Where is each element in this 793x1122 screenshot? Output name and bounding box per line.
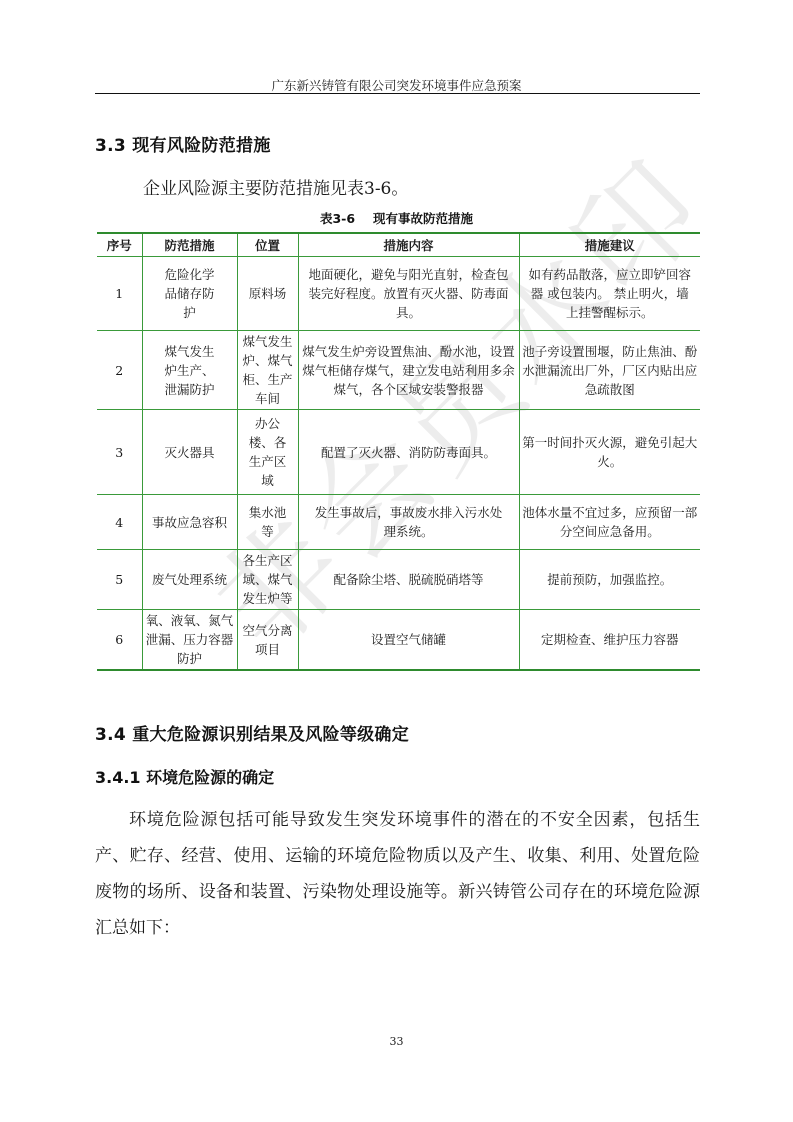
cell-suggestion: 如有药品散落，应立即铲回容器 或包装内。 禁止明火，墙上挂警醒标示。 <box>519 257 700 331</box>
table-row: 2 煤气发生炉生产、泄漏防护 煤气发生炉、煤气柜、生产车间 煤气发生炉旁设置焦油… <box>97 331 700 410</box>
table-row: 6 氧、液氧、氮气泄漏、压力容器防护 空气分离项目 设置空气储罐 定期检查、维护… <box>97 610 700 671</box>
table-row: 4 事故应急容积 集水池等 发生事故后，事故废水排入污水处理系统。 池体水量不宜… <box>97 495 700 550</box>
cell-no: 2 <box>97 331 142 410</box>
column-header-suggestion: 措施建议 <box>519 233 700 257</box>
running-header: 广东新兴铸管有限公司突发环境事件应急预案 <box>0 76 793 94</box>
cell-suggestion: 定期检查、维护压力容器 <box>519 610 700 671</box>
column-header-measure: 防范措施 <box>142 233 237 257</box>
cell-measure: 废气处理系统 <box>142 550 237 610</box>
cell-suggestion: 提前预防，加强监控。 <box>519 550 700 610</box>
cell-no: 4 <box>97 495 142 550</box>
body-paragraph: 环境危险源包括可能导致发生突发环境事件的潜在的不安全因素，包括生产、贮存、经营、… <box>95 802 700 946</box>
cell-measure: 灭火器具 <box>142 410 237 495</box>
section-heading-3-4-1: 3.4.1 环境危险源的确定 <box>95 765 274 788</box>
column-header-no: 序号 <box>97 233 142 257</box>
table-row: 5 废气处理系统 各生产区域、煤气发生炉等 配备除尘塔、脱硫脱硝塔等 提前预防，… <box>97 550 700 610</box>
table-row: 1 危险化学品储存防护 原料场 地面硬化，避免与阳光直射，检查包装完好程度。放置… <box>97 257 700 331</box>
cell-content: 配置了灭火器、消防防毒面具。 <box>298 410 519 495</box>
table-row: 3 灭火器具 办公楼、各生产区域 配置了灭火器、消防防毒面具。 第一时间扑灭火源… <box>97 410 700 495</box>
intro-text: 企业风险源主要防范措施见表3-6。 <box>143 174 408 199</box>
table-caption-number: 表3-6 <box>320 211 355 226</box>
cell-location: 煤气发生炉、煤气柜、生产车间 <box>237 331 298 410</box>
cell-content: 配备除尘塔、脱硫脱硝塔等 <box>298 550 519 610</box>
cell-suggestion: 第一时间扑灭火源，避免引起大火。 <box>519 410 700 495</box>
cell-location: 集水池等 <box>237 495 298 550</box>
cell-content: 煤气发生炉旁设置焦油、酚水池，设置煤气柜储存煤气，建立发电站利用多余煤气，各个区… <box>298 331 519 410</box>
table-header-row: 序号 防范措施 位置 措施内容 措施建议 <box>97 233 700 257</box>
section-heading-3-4: 3.4 重大危险源识别结果及风险等级确定 <box>95 720 409 745</box>
section-heading-3-3: 3.3 现有风险防范措施 <box>95 131 271 156</box>
measures-table: 序号 防范措施 位置 措施内容 措施建议 1 危险化学品储存防护 原料场 地面硬… <box>97 232 700 671</box>
cell-location: 办公楼、各生产区域 <box>237 410 298 495</box>
header-rule <box>95 93 700 94</box>
cell-location: 空气分离项目 <box>237 610 298 671</box>
cell-content: 设置空气储罐 <box>298 610 519 671</box>
cell-no: 6 <box>97 610 142 671</box>
cell-content: 发生事故后，事故废水排入污水处理系统。 <box>298 495 519 550</box>
cell-suggestion: 池体水量不宜过多，应预留一部分空间应急备用。 <box>519 495 700 550</box>
cell-no: 3 <box>97 410 142 495</box>
page-number: 33 <box>0 1035 793 1048</box>
column-header-content: 措施内容 <box>298 233 519 257</box>
cell-measure: 氧、液氧、氮气泄漏、压力容器防护 <box>142 610 237 671</box>
column-header-location: 位置 <box>237 233 298 257</box>
cell-measure: 煤气发生炉生产、泄漏防护 <box>142 331 237 410</box>
table-caption: 表3-6现有事故防范措施 <box>0 209 793 227</box>
cell-location: 各生产区域、煤气发生炉等 <box>237 550 298 610</box>
cell-no: 5 <box>97 550 142 610</box>
cell-content: 地面硬化，避免与阳光直射，检查包装完好程度。放置有灭火器、防毒面具。 <box>298 257 519 331</box>
cell-measure: 危险化学品储存防护 <box>142 257 237 331</box>
cell-location: 原料场 <box>237 257 298 331</box>
cell-no: 1 <box>97 257 142 331</box>
table-caption-title: 现有事故防范措施 <box>373 211 473 226</box>
cell-suggestion: 池子旁设置围堰，防止焦油、酚水泄漏流出厂外，厂区内贴出应急疏散图 <box>519 331 700 410</box>
cell-measure: 事故应急容积 <box>142 495 237 550</box>
